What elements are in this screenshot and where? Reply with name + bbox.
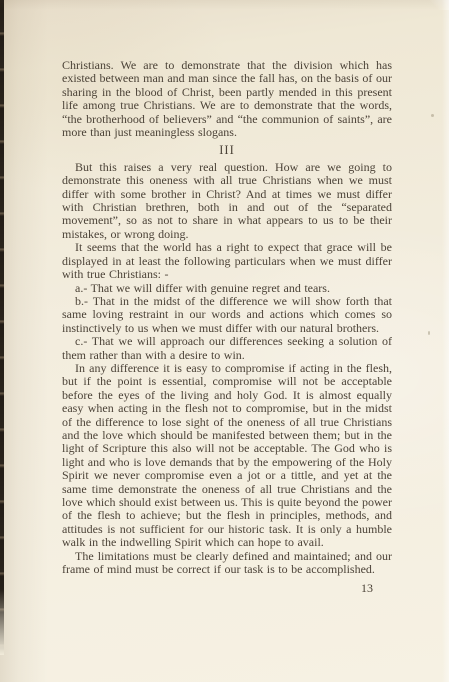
list-item-c: c.- That we will approach our difference… [62,335,392,362]
page-text-block: Christians. We are to demonstrate that t… [62,59,392,576]
paragraph: It seems that the world has a right to e… [62,241,392,281]
paragraph: In any difference it is easy to compromi… [62,362,392,550]
paragraph: The limitations must be clearly defined … [62,550,392,577]
binding-edge [0,0,4,655]
paragraph-continuation: Christians. We are to demonstrate that t… [62,59,392,139]
scan-speck [431,114,434,117]
list-item-b: b.- That in the midst of the difference … [62,295,392,335]
page-corner-highlight [427,0,449,10]
section-heading-roman-numeral: III [62,144,392,157]
scan-speck [428,331,430,335]
list-item-a: a.- That we will differ with genuine reg… [62,282,392,295]
scanned-book-page: Christians. We are to demonstrate that t… [0,0,449,682]
page-number: 13 [361,581,391,596]
paragraph: But this raises a very real question. Ho… [62,161,392,241]
